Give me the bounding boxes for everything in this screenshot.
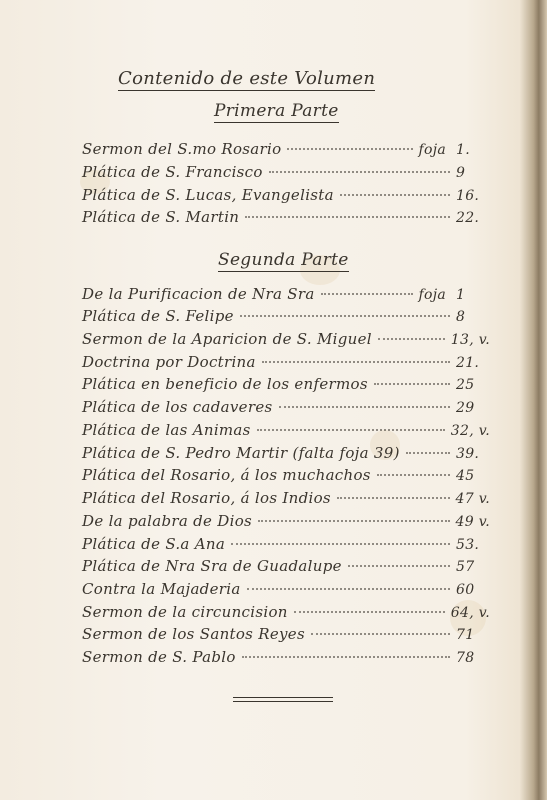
toc-entry: Plática del Rosario, á los Indios 47 v. [82,489,490,509]
entry-title: Plática del Rosario, á los muchachos [82,466,371,484]
entry-title: Contra la Majaderia [82,580,241,598]
toc-entry: Sermon de la circuncision 64, v. [82,603,490,623]
entry-title: Sermon de S. Pablo [82,648,236,666]
page-number: 60 [456,582,490,598]
page-number: 53. [456,537,490,553]
toc-entry: Sermon de S. Pablo 78 [82,648,490,668]
dot-leader [294,611,445,613]
page-number: 9 [456,165,490,181]
toc-entry: Plática de S. Lucas, Evangelista 16. [82,186,490,206]
manuscript-page: Contenido de este Volumen Primera Parte … [0,0,547,800]
dot-leader [378,338,445,340]
toc-entry: Plática de los cadaveres 29 [82,398,490,418]
entry-title: Doctrina por Doctrina [82,353,256,371]
entry-title: Plática de Nra Sra de Guadalupe [82,557,342,575]
entry-title: Plática del Rosario, á los Indios [82,489,331,507]
entry-title: De la palabra de Dios [82,512,252,530]
entry-title: Plática de S.a Ana [82,535,225,553]
toc-entry: Plática de S. Felipe 8 [82,307,490,327]
toc-entry: Plática de S. Martin 22. [82,208,490,228]
entry-title: De la Purificacion de Nra Sra [82,285,315,303]
dot-leader [377,474,450,476]
page-number: 1. [456,142,490,158]
entry-title: Plática de S. Pedro Martir (falta foja 3… [82,444,400,462]
dot-leader [287,148,412,150]
entry-title: Sermon del S.mo Rosario [82,140,281,158]
page-number: 45 [456,468,490,484]
entry-title: Sermon de la Aparicion de S. Miguel [82,330,372,348]
page-number: 47 v. [456,491,490,507]
page-number: 71 [456,627,490,643]
dot-leader [279,406,451,408]
page-number: 32, v. [451,423,490,439]
page-number: 49 v. [456,514,490,530]
entry-title: Sermon de la circuncision [82,603,288,621]
dot-leader [258,520,449,522]
dot-leader [340,194,450,196]
dot-leader [337,497,450,499]
page-number: 1 [456,287,490,303]
toc-entry: Plática de S.a Ana 53. [82,535,490,555]
toc-entry: Contra la Majaderia 60 [82,580,490,600]
page-number: 16. [456,188,490,204]
entry-title: Plática de S. Francisco [82,163,263,181]
page-number: 29 [456,400,490,416]
dot-leader [348,565,450,567]
toc-entry: Doctrina por Doctrina 21. [82,353,490,373]
page-number: 13, v. [451,332,490,348]
entry-title: Sermon de los Santos Reyes [82,625,305,643]
dot-leader [240,315,450,317]
toc-entry: Sermon de los Santos Reyes 71 [82,625,490,645]
dot-leader [269,171,450,173]
dot-leader [231,543,450,545]
dot-leader [245,216,450,218]
toc-entry: Sermon del S.mo Rosario foja 1. [82,140,490,160]
dot-leader [321,293,413,295]
foja-label: foja [419,287,447,303]
page-number: 22. [456,210,490,226]
foja-label: foja [419,142,447,158]
dot-leader [374,383,450,385]
toc-entry: Sermon de la Aparicion de S. Miguel 13, … [82,330,490,350]
toc-entry: De la palabra de Dios 49 v. [82,512,490,532]
entry-title: Plática de S. Martin [82,208,239,226]
toc-entry: Plática de S. Pedro Martir (falta foja 3… [82,444,490,464]
part-heading: Primera Parte [214,101,339,123]
dot-leader [262,361,450,363]
entry-title: Plática de los cadaveres [82,398,273,416]
page-number: 64, v. [451,605,490,621]
page-number: 78 [456,650,490,666]
page-number: 21. [456,355,490,371]
page-number: 8 [456,309,490,325]
dot-leader [406,452,450,454]
page-number: 57 [456,559,490,575]
dot-leader [242,656,450,658]
toc-entry: Plática en beneficio de los enfermos 25 [82,375,490,395]
entry-title: Plática de S. Lucas, Evangelista [82,186,334,204]
entry-title: Plática de S. Felipe [82,307,234,325]
toc-entry: De la Purificacion de Nra Sra foja 1 [82,285,490,305]
toc-entry: Plática de las Animas 32, v. [82,421,490,441]
toc-entry: Plática de Nra Sra de Guadalupe 57 [82,557,490,577]
volume-title: Contenido de este Volumen [118,68,375,91]
toc-entry: Plática de S. Francisco 9 [82,163,490,183]
entry-title: Plática en beneficio de los enfermos [82,375,368,393]
toc-entry: Plática del Rosario, á los muchachos 45 [82,466,490,486]
page-number: 39. [456,446,490,462]
dot-leader [247,588,450,590]
closing-double-rule [233,697,333,702]
page-number: 25 [456,377,490,393]
entry-title: Plática de las Animas [82,421,251,439]
dot-leader [257,429,445,431]
part-heading: Segunda Parte [218,250,349,272]
dot-leader [311,633,450,635]
